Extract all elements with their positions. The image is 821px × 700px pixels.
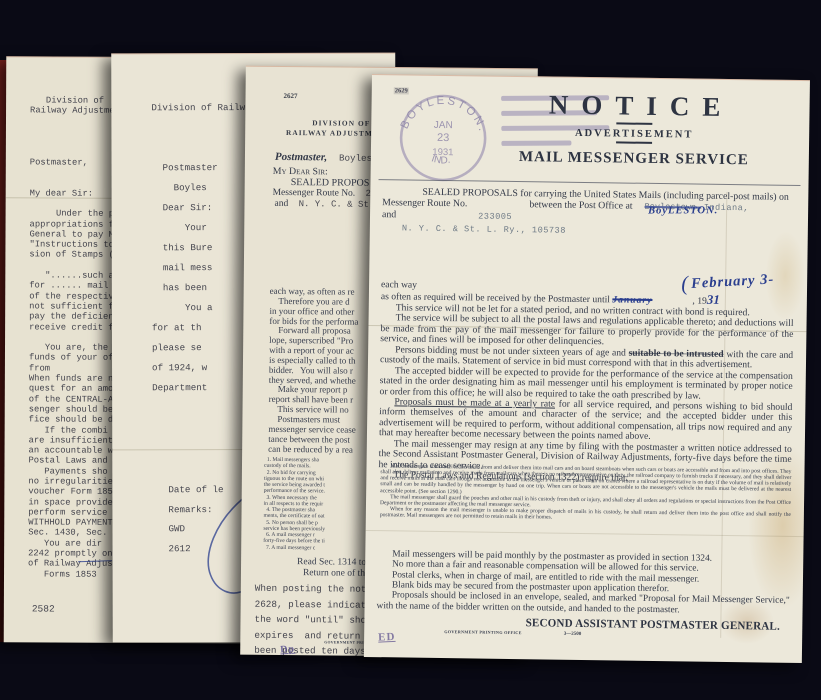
postmark-month: JAN	[434, 120, 453, 131]
text-line: performance of the service.	[264, 488, 326, 495]
greeting: My Dear Sir:	[273, 166, 328, 178]
purple-handstamp: Dp	[280, 644, 295, 656]
handwritten-february-date: (February 3-	[681, 273, 775, 290]
between-post-office: between the Post Office at	[529, 199, 632, 211]
subtitle-rule	[616, 141, 652, 144]
printed-body-lines: each way, as often as re Therefore you a…	[268, 287, 359, 455]
paragraph-proposals-yearly: Proposals must be made at a yearly rate …	[379, 397, 793, 445]
text-line: Proposals should be inclosed in an envel…	[377, 590, 790, 616]
form-number: 2627	[284, 92, 298, 100]
text-line: ments, the certificate of oat	[263, 513, 325, 520]
sealed-proposals-line: SEALED PROPOS	[291, 177, 370, 189]
closing-provisions: Mail messengers will be paid monthly by …	[377, 549, 791, 617]
text-line	[151, 118, 256, 138]
purple-handstamp: ED	[378, 631, 396, 644]
text-line: this Bure	[152, 238, 257, 258]
text-line: Division of Railway	[151, 98, 256, 118]
text-line: of 1924, w	[152, 358, 257, 378]
return-line: Return one of the	[303, 568, 369, 579]
opening-paragraph: SEALED PROPOSALS for carrying the United…	[382, 186, 795, 240]
text-line: Postmaster	[152, 158, 257, 178]
and-label: and	[382, 210, 396, 221]
and-label: and	[274, 199, 288, 209]
advertisement-subtitle: ADVERTISEMENT	[467, 126, 801, 142]
typed-railway-line: N. Y. C. & St. L. Ry., 105738	[402, 223, 566, 235]
text-line	[151, 138, 256, 158]
year-prefix: , 19	[692, 296, 707, 307]
read-sec-line: Read Sec. 1314 to	[297, 557, 366, 568]
postmark-day: 23	[437, 132, 449, 144]
text-line: Department	[152, 378, 257, 398]
text-line: for at th	[152, 318, 257, 338]
route-label: Messenger Route No.	[382, 197, 467, 209]
svg-text:IND.: IND.	[430, 153, 452, 166]
typed-railway: N. Y. C. & St	[299, 199, 369, 210]
text-line: mail mess	[152, 258, 257, 278]
indent-spacer	[382, 194, 422, 195]
handwritten-bracket: (	[680, 271, 689, 295]
handwritten-town: BoyLESTON.	[648, 205, 718, 216]
mail-messenger-service-heading: MAIL MESSENGER SERVICE	[467, 148, 801, 170]
typed-letter-top: Division of Railway Postmaster Boyles De…	[151, 98, 257, 398]
struck-handwritten-january: January	[612, 295, 652, 307]
page-number: 2582	[32, 603, 55, 614]
text-line: has been	[152, 278, 257, 298]
text-line: Boyles	[152, 178, 257, 198]
postmaster-label: Postmaster,	[275, 151, 327, 164]
fine-print-section: Mail messengers shall receive the mails …	[380, 463, 792, 524]
railway-line: and N. Y. C. & St	[274, 199, 368, 210]
gpo-imprint: GOVERNMENT PRINTING OFFICE	[444, 629, 522, 635]
typed-route-number: 233005	[478, 212, 512, 222]
paper-fold-line	[366, 530, 804, 537]
notice-title: NOTICE	[467, 88, 801, 123]
route-label: Messenger Route No.	[273, 188, 356, 199]
text-line: Your	[152, 218, 257, 238]
print-code: 3—2500	[564, 632, 582, 637]
text-line: 7. A mail messenger c	[263, 544, 325, 551]
text-line: forty-five days before the ti	[263, 538, 325, 545]
text-line: please se	[152, 338, 257, 358]
spacer	[396, 218, 478, 219]
spacer	[652, 303, 692, 304]
postmark-state: IND.	[430, 153, 452, 166]
blank-route-space	[467, 207, 529, 208]
salutation-line: Postmaster, Boylest	[275, 151, 378, 164]
text-line: Dear Sir:	[152, 198, 257, 218]
photo-of-postal-documents: Division ofRailway Adjustments Postmaste…	[0, 0, 821, 700]
handwritten-year: 31	[707, 292, 720, 307]
fine-print-list: 1. Mail messengers shacustody of the mai…	[263, 457, 326, 551]
text-line: can be reduced by a rea	[268, 444, 357, 455]
text-line: You a	[152, 298, 257, 318]
title-rule	[616, 122, 652, 125]
route-line: Messenger Route No. 2	[273, 188, 371, 199]
notice-body: each way as often as required will be re…	[378, 280, 794, 486]
document-notice-advertisement: 2629 BOYLESTON. JAN 23 1931 IND. NOTI	[364, 74, 810, 663]
notice-title-block: NOTICE ADVERTISEMENT MAIL MESSENGER SERV…	[467, 88, 802, 170]
